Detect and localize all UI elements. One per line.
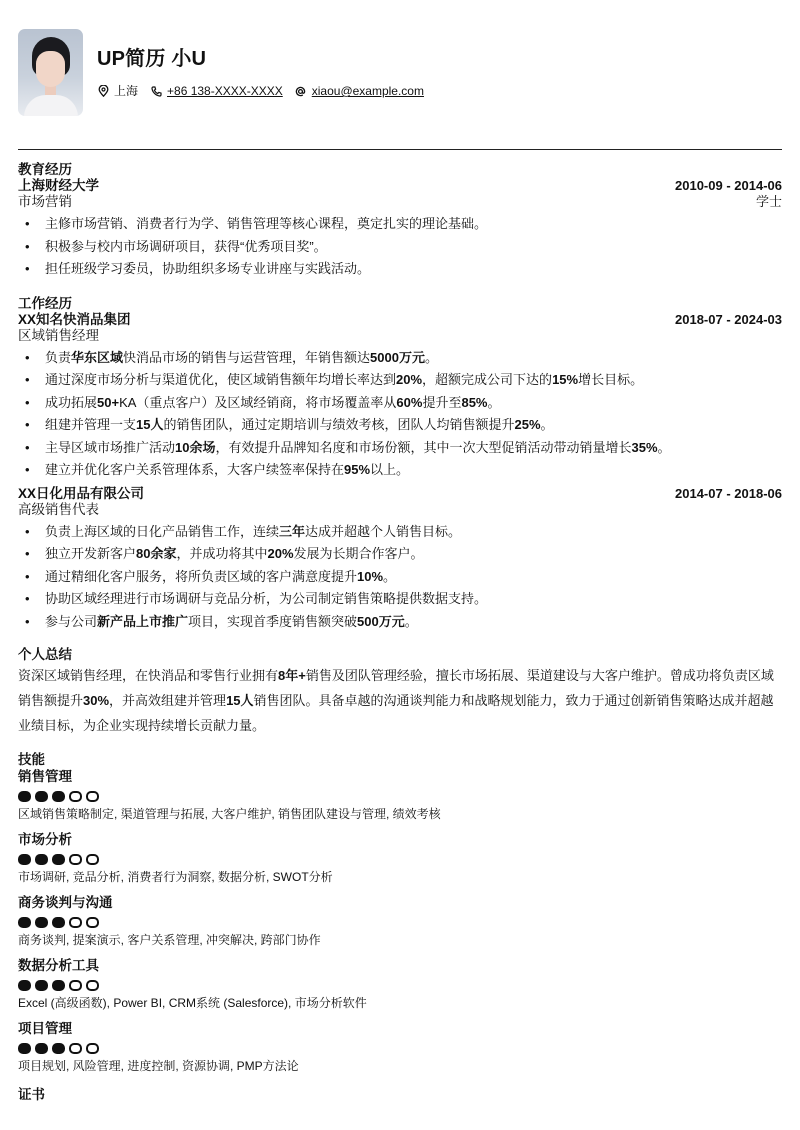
rating-dot-icon [35, 1043, 48, 1054]
list-item: 主导区域市场推广活动10余场，有效提升品牌知名度和市场份额，其中一次大型促销活动… [18, 437, 782, 460]
rating-dot-icon [69, 854, 82, 865]
phone-link[interactable]: +86 138-XXXX-XXXX [167, 83, 283, 100]
rating-dot-icon [52, 980, 65, 991]
rating-dot-icon [52, 917, 65, 928]
list-item: 负责华东区域快消品市场的销售与运营管理，年销售额达5000万元。 [18, 347, 782, 370]
list-item: 积极参与校内市场调研项目，获得“优秀项目奖”。 [18, 236, 782, 259]
rating-dot-icon [52, 791, 65, 802]
summary-section: 个人总结 资深区域销售经理，在快消品和零售行业拥有8年+销售及团队管理经验，擅长… [18, 647, 782, 738]
skill-name: 项目管理 [18, 1020, 782, 1038]
rating-dot-icon [86, 791, 99, 802]
rating-dot-icon [18, 980, 31, 991]
list-item: 参与公司新产品上市推广项目，实现首季度销售额突破500万元。 [18, 611, 782, 634]
skill-level-rating [18, 980, 782, 991]
skills-section: 技能 销售管理 区域销售策略制定, 渠道管理与拓展, 大客户维护, 销售团队建设… [18, 752, 782, 1074]
work-bullets: 负责上海区域的日化产品销售工作，连续三年达成并超越个人销售目标。独立开发新客户8… [18, 521, 782, 634]
skill-name: 商务谈判与沟通 [18, 894, 782, 912]
education-entry: 上海财经大学 2010-09 - 2014-06 市场营销 学士 主修市场营销、… [18, 178, 782, 281]
at-sign-icon [295, 85, 307, 97]
work-entry: XX日化用品有限公司 2014-07 - 2018-06 高级销售代表 负责上海… [18, 486, 782, 634]
work-section: 工作经历 XX知名快消品集团 2018-07 - 2024-03 区域销售经理 … [18, 296, 782, 634]
header-info: UP简历 小U 上海 +86 138-XXXX-XXXX xiaou@examp… [97, 45, 431, 100]
rating-dot-icon [18, 854, 31, 865]
job-role: 高级销售代表 [18, 502, 782, 518]
rating-dot-icon [18, 791, 31, 802]
list-item: 独立开发新客户80余家，并成功将其中20%发展为长期合作客户。 [18, 543, 782, 566]
skill-name: 数据分析工具 [18, 957, 782, 975]
work-entry: XX知名快消品集团 2018-07 - 2024-03 区域销售经理 负责华东区… [18, 312, 782, 482]
work-bullets: 负责华东区域快消品市场的销售与运营管理，年销售额达5000万元。通过深度市场分析… [18, 347, 782, 482]
list-item: 担任班级学习委员，协助组织多场专业讲座与实践活动。 [18, 258, 782, 281]
skill-level-rating [18, 917, 782, 928]
rating-dot-icon [69, 917, 82, 928]
section-title: 个人总结 [18, 647, 782, 663]
rating-dot-icon [69, 791, 82, 802]
profile-photo [18, 29, 83, 116]
skill-keywords: Excel (高级函数), Power BI, CRM系统 (Salesforc… [18, 995, 782, 1011]
section-title: 教育经历 [18, 162, 782, 178]
education-dates: 2010-09 - 2014-06 [675, 178, 782, 194]
rating-dot-icon [86, 1043, 99, 1054]
list-item: 建立并优化客户关系管理体系，大客户续签率保持在95%以上。 [18, 459, 782, 482]
list-item: 协助区域经理进行市场调研与竞品分析，为公司制定销售策略提供数据支持。 [18, 588, 782, 611]
skill-level-rating [18, 791, 782, 802]
skill-keywords: 区域销售策略制定, 渠道管理与拓展, 大客户维护, 销售团队建设与管理, 绩效考… [18, 806, 782, 822]
degree: 学士 [756, 194, 782, 210]
skill-item: 数据分析工具 Excel (高级函数), Power BI, CRM系统 (Sa… [18, 957, 782, 1011]
resume-page: UP简历 小U 上海 +86 138-XXXX-XXXX xiaou@examp… [0, 0, 800, 1103]
rating-dot-icon [35, 980, 48, 991]
contact-info: 上海 +86 138-XXXX-XXXX xiaou@example.com [97, 83, 431, 100]
rating-dot-icon [35, 791, 48, 802]
rating-dot-icon [69, 1043, 82, 1054]
education-section: 教育经历 上海财经大学 2010-09 - 2014-06 市场营销 学士 主修… [18, 162, 782, 281]
email-link[interactable]: xiaou@example.com [312, 83, 424, 100]
school-name: 上海财经大学 [18, 178, 99, 194]
skill-item: 销售管理 区域销售策略制定, 渠道管理与拓展, 大客户维护, 销售团队建设与管理… [18, 768, 782, 822]
summary-text: 资深区域销售经理，在快消品和零售行业拥有8年+销售及团队管理经验，擅长市场拓展、… [18, 663, 782, 738]
location-pin-icon [97, 85, 109, 97]
rating-dot-icon [35, 854, 48, 865]
list-item: 组建并管理一支15人的销售团队，通过定期培训与绩效考核，团队人均销售额提升25%… [18, 414, 782, 437]
rating-dot-icon [86, 854, 99, 865]
candidate-name: UP简历 小U [97, 45, 431, 73]
work-dates: 2018-07 - 2024-03 [675, 312, 782, 328]
resume-header: UP简历 小U 上海 +86 138-XXXX-XXXX xiaou@examp… [18, 0, 782, 150]
skill-item: 项目管理 项目规划, 风险管理, 进度控制, 资源协调, PMP方法论 [18, 1020, 782, 1074]
list-item: 成功拓展50+KA（重点客户）及区域经销商，将市场覆盖率从60%提升至85%。 [18, 392, 782, 415]
skill-keywords: 商务谈判, 提案演示, 客户关系管理, 冲突解决, 跨部门协作 [18, 932, 782, 948]
company-name: XX知名快消品集团 [18, 312, 131, 328]
work-dates: 2014-07 - 2018-06 [675, 486, 782, 502]
rating-dot-icon [52, 1043, 65, 1054]
rating-dot-icon [69, 980, 82, 991]
major: 市场营销 [18, 194, 72, 210]
rating-dot-icon [86, 980, 99, 991]
list-item: 通过精细化客户服务，将所负责区域的客户满意度提升10%。 [18, 566, 782, 589]
section-title: 技能 [18, 752, 782, 768]
list-item: 主修市场营销、消费者行为学、销售管理等核心课程，奠定扎实的理论基础。 [18, 213, 782, 236]
list-item: 通过深度市场分析与渠道优化，使区域销售额年均增长率达到20%，超额完成公司下达的… [18, 369, 782, 392]
rating-dot-icon [35, 917, 48, 928]
skill-item: 市场分析 市场调研, 竞品分析, 消费者行为洞察, 数据分析, SWOT分析 [18, 831, 782, 885]
phone-icon [150, 85, 162, 97]
location-text: 上海 [114, 83, 138, 100]
skill-name: 市场分析 [18, 831, 782, 849]
rating-dot-icon [18, 917, 31, 928]
skill-item: 商务谈判与沟通 商务谈判, 提案演示, 客户关系管理, 冲突解决, 跨部门协作 [18, 894, 782, 948]
skill-keywords: 市场调研, 竞品分析, 消费者行为洞察, 数据分析, SWOT分析 [18, 869, 782, 885]
company-name: XX日化用品有限公司 [18, 486, 144, 502]
skill-level-rating [18, 1043, 782, 1054]
skill-name: 销售管理 [18, 768, 782, 786]
skill-level-rating [18, 854, 782, 865]
certificates-section: 证书 [18, 1087, 782, 1103]
list-item: 负责上海区域的日化产品销售工作，连续三年达成并超越个人销售目标。 [18, 521, 782, 544]
skill-keywords: 项目规划, 风险管理, 进度控制, 资源协调, PMP方法论 [18, 1058, 782, 1074]
rating-dot-icon [18, 1043, 31, 1054]
education-bullets: 主修市场营销、消费者行为学、销售管理等核心课程，奠定扎实的理论基础。 积极参与校… [18, 213, 782, 281]
rating-dot-icon [86, 917, 99, 928]
rating-dot-icon [52, 854, 65, 865]
job-role: 区域销售经理 [18, 328, 782, 344]
section-title: 证书 [18, 1087, 782, 1103]
section-title: 工作经历 [18, 296, 782, 312]
